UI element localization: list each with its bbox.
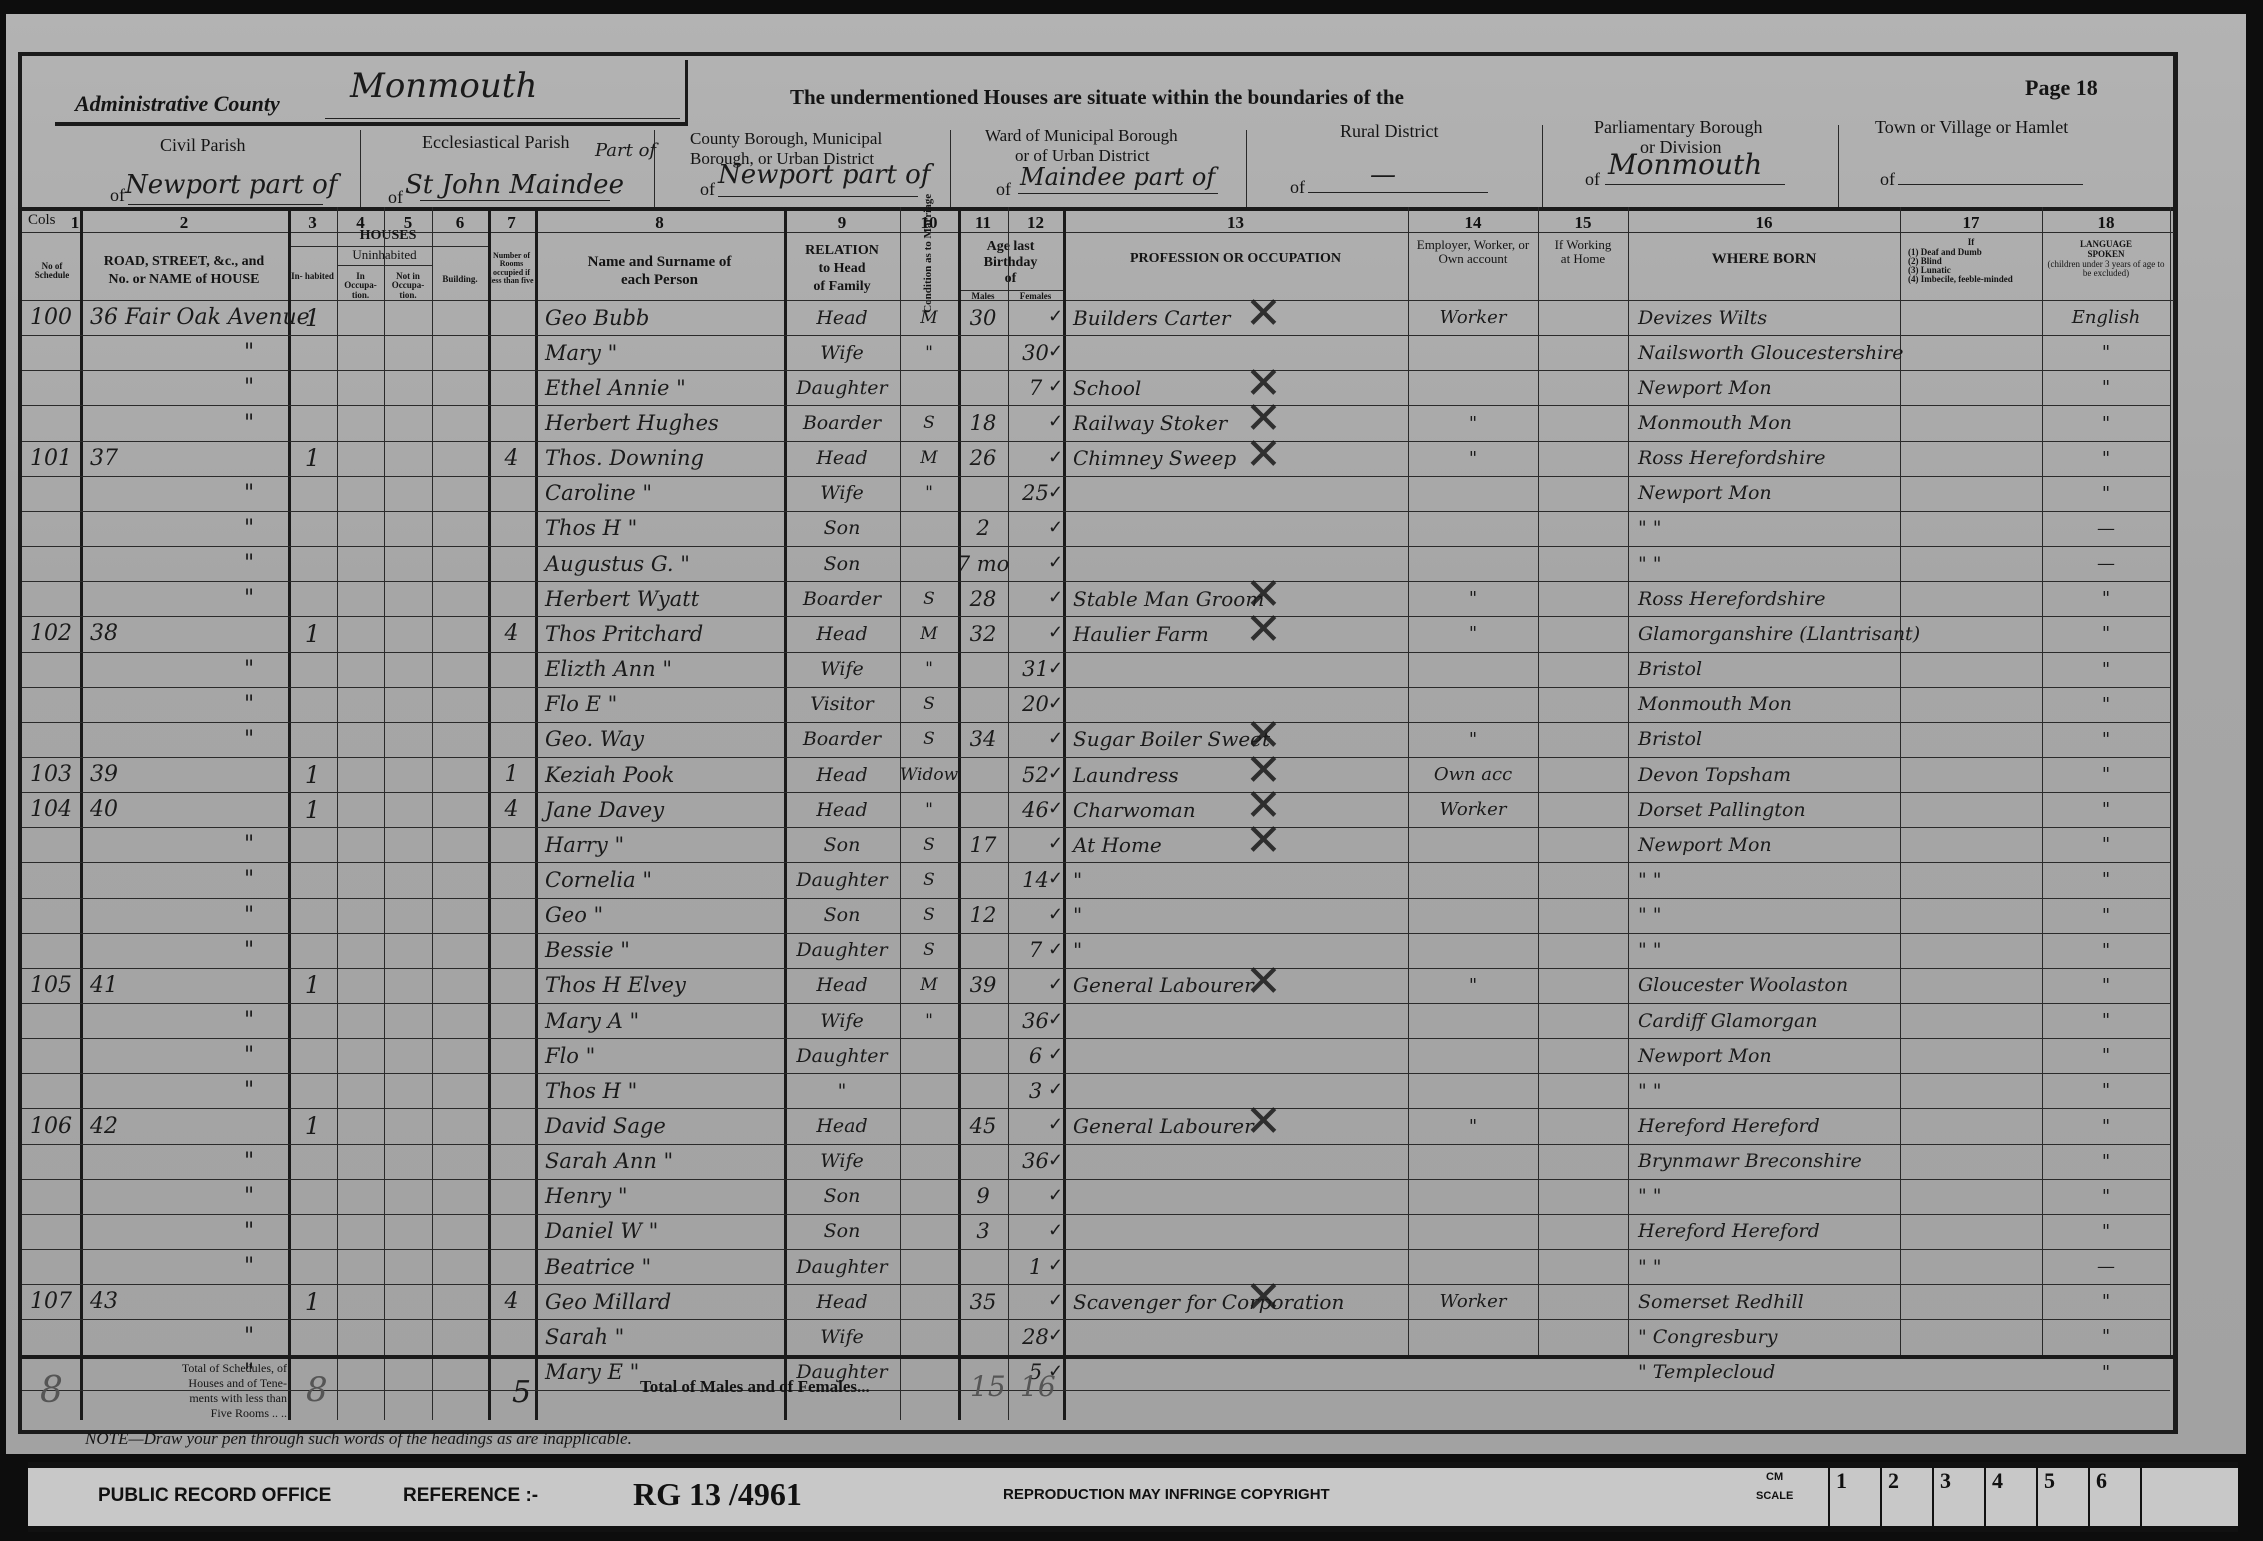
cell-schedule: 100 bbox=[22, 300, 80, 335]
cell-employer bbox=[1408, 335, 1538, 370]
cell-employer: " bbox=[1408, 722, 1538, 757]
col-number-7: 7 bbox=[488, 213, 535, 233]
cell-language: " bbox=[2042, 652, 2170, 687]
cell-name: Bessie " bbox=[545, 933, 784, 968]
cell-occupation: At Home bbox=[1073, 827, 1408, 862]
cell-occupation bbox=[1073, 335, 1408, 370]
column-rule bbox=[80, 207, 83, 1420]
cell-condition bbox=[900, 1249, 958, 1284]
tick-mark-icon: ✓ bbox=[1048, 411, 1063, 432]
heading-relation-3: of Family bbox=[784, 280, 900, 295]
ward-underline bbox=[1018, 193, 1218, 194]
cell-language: " bbox=[2042, 335, 2170, 370]
cell-relation: Head bbox=[784, 1284, 900, 1319]
tick-mark-icon: ✓ bbox=[1048, 341, 1063, 362]
cell-name: Thos H " bbox=[545, 1073, 784, 1108]
eccl-parish-underline bbox=[420, 200, 610, 201]
cell-language: " bbox=[2042, 1038, 2170, 1073]
situate-heading: The undermentioned Houses are situate wi… bbox=[790, 86, 1404, 108]
totals-label-2: Houses and of Tene- bbox=[82, 1377, 287, 1390]
cell-inhabited bbox=[288, 511, 337, 546]
cell-rooms bbox=[488, 1108, 535, 1143]
cell-language: " bbox=[2042, 1284, 2170, 1319]
cell-infirmity bbox=[1900, 476, 2042, 511]
cell-rooms bbox=[488, 898, 535, 933]
cell-infirmity bbox=[1900, 862, 2042, 897]
cell-schedule bbox=[22, 1038, 80, 1073]
cell-relation: Boarder bbox=[784, 405, 900, 440]
cell-relation: Son bbox=[784, 827, 900, 862]
civil-parish-of: of bbox=[110, 186, 125, 205]
cell-condition bbox=[900, 1179, 958, 1214]
cell-relation: Son bbox=[784, 898, 900, 933]
cell-rooms bbox=[488, 581, 535, 616]
cell-relation: Wife bbox=[784, 1319, 900, 1354]
heading-rooms: Number of Rooms occupied if less than fi… bbox=[488, 252, 535, 286]
cell-infirmity bbox=[1900, 1179, 2042, 1214]
cell-male-age: 26 bbox=[958, 441, 1008, 476]
footnote: NOTE—Draw your pen through such words of… bbox=[85, 1430, 632, 1448]
cell-relation: Daughter bbox=[784, 933, 900, 968]
archive-footer: PUBLIC RECORD OFFICE REFERENCE :- RG 13 … bbox=[28, 1462, 2238, 1532]
cell-name: Elizth Ann " bbox=[545, 652, 784, 687]
cell-employer: " bbox=[1408, 441, 1538, 476]
cell-infirmity bbox=[1900, 335, 2042, 370]
cell-occupation: General Labourer bbox=[1073, 968, 1408, 1003]
cell-male-age: 32 bbox=[958, 616, 1008, 651]
col-number-17: 17 bbox=[1900, 213, 2042, 233]
cell-language: — bbox=[2042, 511, 2170, 546]
eccl-parish-note: Part of bbox=[595, 140, 656, 161]
total-females: 16 bbox=[1020, 1370, 1056, 1403]
cell-male-age bbox=[958, 476, 1008, 511]
cell-condition bbox=[900, 1073, 958, 1108]
cell-infirmity bbox=[1900, 933, 2042, 968]
cell-relation: Wife bbox=[784, 335, 900, 370]
total-males: 15 bbox=[970, 1370, 1006, 1403]
header-divider bbox=[1542, 125, 1543, 210]
cell-language: " bbox=[2042, 581, 2170, 616]
town-of: of bbox=[1880, 170, 1895, 189]
tick-mark-icon: ✓ bbox=[1048, 376, 1063, 397]
cell-occupation bbox=[1073, 476, 1408, 511]
admin-county-underline bbox=[325, 118, 680, 119]
cell-employer: " bbox=[1408, 1108, 1538, 1143]
cell-language: — bbox=[2042, 546, 2170, 581]
cell-relation: Head bbox=[784, 616, 900, 651]
cell-infirmity bbox=[1900, 757, 2042, 792]
eccl-parish-label: Ecclesiastical Parish bbox=[422, 133, 569, 152]
tick-mark-icon: ✓ bbox=[1048, 1290, 1063, 1311]
cell-name: Flo E " bbox=[545, 687, 784, 722]
cell-language: " bbox=[2042, 1214, 2170, 1249]
cell-born: Ross Herefordshire bbox=[1638, 581, 1900, 616]
cell-rooms bbox=[488, 687, 535, 722]
tick-mark-icon: ✓ bbox=[1048, 728, 1063, 749]
header-divider bbox=[1838, 125, 1839, 210]
cell-born: Newport Mon bbox=[1638, 476, 1900, 511]
cell-language: " bbox=[2042, 405, 2170, 440]
heading-age-1: Age last bbox=[958, 240, 1063, 255]
scale-end bbox=[2140, 1468, 2148, 1526]
cell-name: Thos H Elvey bbox=[545, 968, 784, 1003]
heading-houses: HOUSES bbox=[288, 229, 488, 244]
col-number-14: 14 bbox=[1408, 213, 1538, 233]
cell-male-age: 28 bbox=[958, 581, 1008, 616]
cell-male-age bbox=[958, 1038, 1008, 1073]
cell-inhabited bbox=[288, 898, 337, 933]
cell-infirmity bbox=[1900, 827, 2042, 862]
heading-relation-1: RELATION bbox=[784, 244, 900, 259]
cell-infirmity bbox=[1900, 511, 2042, 546]
header-divider bbox=[1246, 130, 1247, 210]
col-number-12: 12 bbox=[1008, 213, 1063, 233]
cell-name: Thos. Downing bbox=[545, 441, 784, 476]
cell-rooms bbox=[488, 335, 535, 370]
cell-language: " bbox=[2042, 898, 2170, 933]
cell-born: Ross Herefordshire bbox=[1638, 441, 1900, 476]
cell-employer: " bbox=[1408, 968, 1538, 1003]
tick-mark-icon: ✓ bbox=[1048, 1255, 1063, 1276]
heading-employer: Employer, Worker, or Own account bbox=[1415, 238, 1531, 265]
cell-born: Monmouth Mon bbox=[1638, 687, 1900, 722]
col-number-15: 15 bbox=[1538, 213, 1628, 233]
column-rule bbox=[432, 207, 433, 1420]
heading-schedule: No of Schedule bbox=[24, 262, 80, 281]
cell-employer: Own acc bbox=[1408, 757, 1538, 792]
cell-condition bbox=[900, 1144, 958, 1179]
cell-occupation: " bbox=[1073, 898, 1408, 933]
cell-schedule bbox=[22, 862, 80, 897]
cell-rooms: 4 bbox=[488, 441, 535, 476]
cell-condition bbox=[900, 1214, 958, 1249]
cell-occupation: Haulier Farm bbox=[1073, 616, 1408, 651]
cell-rooms bbox=[488, 862, 535, 897]
cell-relation: Daughter bbox=[784, 862, 900, 897]
strike-mark-icon: ✕ bbox=[1245, 819, 1282, 863]
cell-condition: S bbox=[900, 862, 958, 897]
cell-relation: Head bbox=[784, 441, 900, 476]
parliamentary-value: Monmouth bbox=[1608, 148, 1762, 181]
tick-mark-icon: ✓ bbox=[1048, 622, 1063, 643]
cell-occupation bbox=[1073, 1144, 1408, 1179]
cell-employer bbox=[1408, 1319, 1538, 1354]
cell-infirmity bbox=[1900, 722, 2042, 757]
cell-condition: S bbox=[900, 933, 958, 968]
cell-name: Sarah " bbox=[545, 1319, 784, 1354]
cell-relation: Head bbox=[784, 792, 900, 827]
heading-infirmity-4: (4) Imbecile, feeble-minded bbox=[1908, 275, 2038, 284]
cell-infirmity bbox=[1900, 1108, 2042, 1143]
cell-infirmity bbox=[1900, 792, 2042, 827]
cell-born: " " bbox=[1638, 862, 1900, 897]
cell-rooms bbox=[488, 968, 535, 1003]
cell-relation: Wife bbox=[784, 476, 900, 511]
cell-rooms bbox=[488, 476, 535, 511]
tick-mark-icon: ✓ bbox=[1048, 658, 1063, 679]
col-number-9: 9 bbox=[784, 213, 900, 233]
cell-employer bbox=[1408, 827, 1538, 862]
tick-mark-icon: ✓ bbox=[1048, 1044, 1063, 1065]
cell-schedule bbox=[22, 1214, 80, 1249]
cell-employer bbox=[1408, 1214, 1538, 1249]
cell-occupation: School bbox=[1073, 370, 1408, 405]
cell-rooms bbox=[488, 300, 535, 335]
cell-male-age bbox=[958, 862, 1008, 897]
cell-address: 43 bbox=[90, 1284, 288, 1319]
column-rule bbox=[2170, 207, 2171, 1355]
cell-occupation bbox=[1073, 511, 1408, 546]
cell-born: Glamorganshire (Llantrisant) bbox=[1638, 616, 1900, 651]
cell-schedule bbox=[22, 722, 80, 757]
cell-male-age bbox=[958, 1144, 1008, 1179]
cell-occupation: Stable Man Groom bbox=[1073, 581, 1408, 616]
cell-rooms bbox=[488, 1214, 535, 1249]
cell-schedule bbox=[22, 1179, 80, 1214]
cell-name: Geo. Way bbox=[545, 722, 784, 757]
strike-mark-icon: ✕ bbox=[1245, 960, 1282, 1004]
cell-infirmity bbox=[1900, 370, 2042, 405]
cell-male-age: 45 bbox=[958, 1108, 1008, 1143]
ward-value: Maindee part of bbox=[1020, 163, 1215, 191]
cell-inhabited bbox=[288, 546, 337, 581]
cell-rooms bbox=[488, 370, 535, 405]
cell-schedule bbox=[22, 1249, 80, 1284]
cell-infirmity bbox=[1900, 581, 2042, 616]
cell-language: " bbox=[2042, 687, 2170, 722]
tick-mark-icon: ✓ bbox=[1048, 763, 1063, 784]
cell-employer: " bbox=[1408, 405, 1538, 440]
strike-mark-icon: ✕ bbox=[1245, 1276, 1282, 1320]
cell-male-age: 39 bbox=[958, 968, 1008, 1003]
cell-relation: Daughter bbox=[784, 370, 900, 405]
cell-inhabited bbox=[288, 1073, 337, 1108]
cell-rooms bbox=[488, 1038, 535, 1073]
cell-condition bbox=[900, 1355, 958, 1390]
cell-employer bbox=[1408, 476, 1538, 511]
cell-relation: Head bbox=[784, 300, 900, 335]
tick-mark-icon: ✓ bbox=[1048, 1009, 1063, 1030]
heading-age-2: Birthday bbox=[958, 256, 1063, 271]
cell-inhabited: 1 bbox=[288, 757, 337, 792]
cell-male-age bbox=[958, 1319, 1008, 1354]
cell-infirmity bbox=[1900, 616, 2042, 651]
cell-employer bbox=[1408, 898, 1538, 933]
cell-schedule bbox=[22, 933, 80, 968]
cell-name: Herbert Wyatt bbox=[545, 581, 784, 616]
cell-relation: Wife bbox=[784, 1144, 900, 1179]
civil-parish-value: Newport part of bbox=[125, 170, 337, 200]
heading-name-2: each Person bbox=[535, 273, 784, 289]
cell-relation: Head bbox=[784, 1108, 900, 1143]
cell-address: 41 bbox=[90, 968, 288, 1003]
cell-inhabited bbox=[288, 1003, 337, 1038]
cell-infirmity bbox=[1900, 968, 2042, 1003]
cell-schedule bbox=[22, 687, 80, 722]
cell-name: Jane Davey bbox=[545, 792, 784, 827]
cell-occupation bbox=[1073, 1355, 1408, 1390]
tick-mark-icon: ✓ bbox=[1048, 447, 1063, 468]
cell-condition: M bbox=[900, 968, 958, 1003]
parliamentary-of: of bbox=[1585, 170, 1600, 189]
cell-address: 37 bbox=[90, 441, 288, 476]
cell-born: " " bbox=[1638, 511, 1900, 546]
cell-inhabited bbox=[288, 1249, 337, 1284]
cell-male-age bbox=[958, 757, 1008, 792]
cell-born: Monmouth Mon bbox=[1638, 405, 1900, 440]
cell-inhabited bbox=[288, 652, 337, 687]
cell-condition: " bbox=[900, 335, 958, 370]
tick-mark-icon: ✓ bbox=[1048, 1079, 1063, 1100]
cell-male-age: 18 bbox=[958, 405, 1008, 440]
cell-infirmity bbox=[1900, 1214, 2042, 1249]
reference-value: RG 13 /4961 bbox=[633, 1476, 802, 1513]
cell-language: " bbox=[2042, 1355, 2170, 1390]
cell-address: 42 bbox=[90, 1108, 288, 1143]
cell-employer bbox=[1408, 862, 1538, 897]
heading-inhabited: In- habited bbox=[290, 272, 335, 281]
cell-male-age: 9 bbox=[958, 1179, 1008, 1214]
cell-occupation: Laundress bbox=[1073, 757, 1408, 792]
heading-language-3: (children under 3 years of age to be exc… bbox=[2046, 260, 2166, 279]
heading-where-born: WHERE BORN bbox=[1628, 252, 1900, 268]
cell-language: " bbox=[2042, 1319, 2170, 1354]
cell-condition bbox=[900, 370, 958, 405]
cell-born: Gloucester Woolaston bbox=[1638, 968, 1900, 1003]
strike-mark-icon: ✕ bbox=[1245, 292, 1282, 336]
cell-schedule bbox=[22, 581, 80, 616]
cell-schedule bbox=[22, 1003, 80, 1038]
cell-name: Geo Millard bbox=[545, 1284, 784, 1319]
col-number-11: 11 bbox=[958, 213, 1008, 233]
tick-mark-icon: ✓ bbox=[1048, 1114, 1063, 1135]
cell-employer: " bbox=[1408, 581, 1538, 616]
heading-building: Building. bbox=[432, 275, 488, 284]
cell-name: Harry " bbox=[545, 827, 784, 862]
cell-condition: S bbox=[900, 581, 958, 616]
cell-born: " " bbox=[1638, 933, 1900, 968]
cell-schedule bbox=[22, 335, 80, 370]
cell-occupation bbox=[1073, 687, 1408, 722]
cell-language: " bbox=[2042, 827, 2170, 862]
cell-rooms bbox=[488, 652, 535, 687]
civil-parish-label: Civil Parish bbox=[160, 136, 246, 155]
cell-language: " bbox=[2042, 370, 2170, 405]
cell-employer bbox=[1408, 1003, 1538, 1038]
cell-inhabited bbox=[288, 722, 337, 757]
cell-infirmity bbox=[1900, 1319, 2042, 1354]
cell-born: Cardiff Glamorgan bbox=[1638, 1003, 1900, 1038]
cell-infirmity bbox=[1900, 652, 2042, 687]
cell-language: " bbox=[2042, 1179, 2170, 1214]
cell-language: " bbox=[2042, 722, 2170, 757]
total-houses: 8 bbox=[306, 1370, 328, 1410]
cell-inhabited: 1 bbox=[288, 441, 337, 476]
cell-infirmity bbox=[1900, 1038, 2042, 1073]
tick-mark-icon: ✓ bbox=[1048, 587, 1063, 608]
column-rule bbox=[1063, 207, 1066, 1420]
cell-condition bbox=[900, 546, 958, 581]
cell-male-age bbox=[958, 1073, 1008, 1108]
rural-district-of: of bbox=[1290, 178, 1305, 197]
cell-schedule: 105 bbox=[22, 968, 80, 1003]
cell-schedule: 103 bbox=[22, 757, 80, 792]
cell-inhabited bbox=[288, 1179, 337, 1214]
cell-rooms bbox=[488, 1003, 535, 1038]
cell-rooms bbox=[488, 1179, 535, 1214]
col-number-18: 18 bbox=[2042, 213, 2170, 233]
record-office: PUBLIC RECORD OFFICE bbox=[98, 1485, 331, 1507]
cell-condition: M bbox=[900, 441, 958, 476]
cell-employer bbox=[1408, 1073, 1538, 1108]
cell-schedule: 106 bbox=[22, 1108, 80, 1143]
totals-label-3: ments with less than bbox=[82, 1392, 287, 1405]
strike-mark-icon: ✕ bbox=[1245, 1100, 1282, 1144]
heading-occupation: PROFESSION OR OCCUPATION bbox=[1063, 252, 1408, 267]
cell-inhabited bbox=[288, 1144, 337, 1179]
column-rule bbox=[384, 207, 385, 1420]
cell-male-age bbox=[958, 792, 1008, 827]
cell-name: Geo " bbox=[545, 898, 784, 933]
cell-infirmity bbox=[1900, 1073, 2042, 1108]
cell-occupation: Scavenger for Corporation bbox=[1073, 1284, 1408, 1319]
tick-mark-icon: ✓ bbox=[1048, 552, 1063, 573]
cell-born: " " bbox=[1638, 898, 1900, 933]
tick-mark-icon: ✓ bbox=[1048, 306, 1063, 327]
header-divider bbox=[360, 130, 361, 210]
cell-rooms: 4 bbox=[488, 1284, 535, 1319]
cell-language: " bbox=[2042, 1003, 2170, 1038]
scale-mark: 4 bbox=[1984, 1468, 2036, 1526]
county-borough-label-1: County Borough, Municipal bbox=[690, 130, 882, 148]
cell-condition: S bbox=[900, 405, 958, 440]
col-number-8: 8 bbox=[535, 213, 784, 233]
cell-male-age bbox=[958, 933, 1008, 968]
reference-label: REFERENCE :- bbox=[403, 1485, 538, 1507]
cell-employer bbox=[1408, 370, 1538, 405]
scale-mark: 1 bbox=[1828, 1468, 1880, 1526]
heading-relation-2: to Head bbox=[784, 262, 900, 277]
cell-male-age: 35 bbox=[958, 1284, 1008, 1319]
cell-relation: Son bbox=[784, 546, 900, 581]
cell-inhabited: 1 bbox=[288, 300, 337, 335]
cell-name: Caroline " bbox=[545, 476, 784, 511]
cell-occupation: General Labourer bbox=[1073, 1108, 1408, 1143]
cell-infirmity bbox=[1900, 546, 2042, 581]
cell-occupation: Railway Stoker bbox=[1073, 405, 1408, 440]
cell-relation: Boarder bbox=[784, 722, 900, 757]
cell-address: 40 bbox=[90, 792, 288, 827]
county-borough-underline bbox=[718, 196, 918, 197]
cell-occupation bbox=[1073, 1038, 1408, 1073]
cell-male-age: 2 bbox=[958, 511, 1008, 546]
cell-employer: " bbox=[1408, 616, 1538, 651]
town-label: Town or Village or Hamlet bbox=[1875, 118, 2068, 137]
cell-male-age: 3 bbox=[958, 1214, 1008, 1249]
county-borough-value: Newport part of bbox=[718, 160, 930, 190]
cell-condition bbox=[900, 1284, 958, 1319]
cell-condition bbox=[900, 1319, 958, 1354]
cell-condition: S bbox=[900, 898, 958, 933]
tick-mark-icon: ✓ bbox=[1048, 1185, 1063, 1206]
heading-road-1: ROAD, STREET, &c., and bbox=[80, 255, 288, 270]
tick-mark-icon: ✓ bbox=[1048, 693, 1063, 714]
tick-mark-icon: ✓ bbox=[1048, 974, 1063, 995]
cell-male-age bbox=[958, 335, 1008, 370]
cell-born: Hereford Hereford bbox=[1638, 1108, 1900, 1143]
cell-name: Daniel W " bbox=[545, 1214, 784, 1249]
cell-language: " bbox=[2042, 616, 2170, 651]
